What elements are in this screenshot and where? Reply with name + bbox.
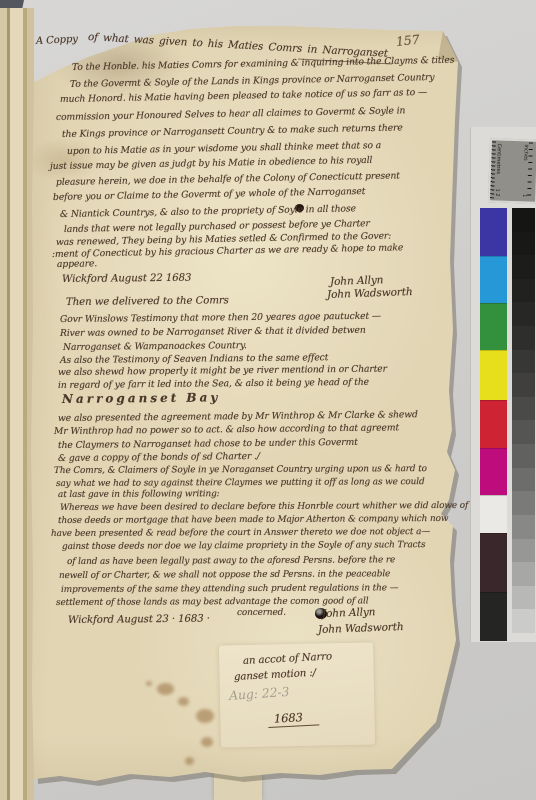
- manuscript-line: gainst those deeds nor doe we lay claime…: [62, 540, 425, 552]
- color-patch-dark-maroon: [480, 533, 507, 592]
- color-patch-yellow: [480, 350, 507, 400]
- color-patch-black: [480, 592, 507, 641]
- manuscript-line: those deeds or mortgage that have been m…: [58, 514, 448, 526]
- grayscale-step: [512, 397, 535, 421]
- grayscale-step: [512, 373, 535, 397]
- manuscript-line: settlement of those lands as may best ad…: [56, 596, 369, 608]
- paper-stain: [201, 737, 213, 747]
- dateline: Wickford August 23 · 1683 ·: [68, 614, 210, 626]
- centimetres-label: Centimetres: [495, 143, 502, 174]
- closing-word: concerned.: [237, 608, 286, 618]
- grayscale-step: [512, 562, 535, 586]
- color-patch-red: [480, 400, 507, 448]
- color-patch-green: [480, 303, 507, 350]
- manuscript-line: at last gave in this following writing:: [58, 489, 220, 500]
- grayscale-step: [512, 326, 535, 350]
- color-patch-white: [480, 495, 507, 533]
- manuscript-line: appeare.: [57, 258, 97, 270]
- signature: John Allyn: [322, 606, 376, 620]
- grayscale-wedge: [512, 208, 535, 633]
- color-patch-magenta: [480, 448, 507, 495]
- grayscale-step: [512, 302, 535, 326]
- color-patch-indigo: [480, 208, 507, 256]
- grayscale-step: [512, 208, 535, 232]
- inches-label: Inches: [522, 144, 529, 160]
- manuscript-line: say what we had to say against theire Cl…: [56, 477, 425, 489]
- grayscale-step: [512, 539, 535, 563]
- signature: John Allyn: [330, 274, 384, 288]
- manuscript-line: & gave a coppy of the bonds of sd Charte…: [58, 451, 260, 464]
- manuscript-line: have been presented & read before the co…: [51, 527, 430, 539]
- grayscale-step: [512, 609, 535, 633]
- color-patch-cyan-blue: [480, 256, 507, 303]
- manuscript-line: Narroganset & Wampanoackes Country.: [63, 340, 247, 353]
- bay-line: Narroganset Bay: [62, 390, 220, 406]
- grayscale-step: [512, 279, 535, 303]
- paper-stain: [157, 683, 174, 695]
- grayscale-step: [512, 255, 535, 279]
- docket-year: 1683: [268, 709, 320, 728]
- grayscale-step: [512, 444, 535, 468]
- margin-note: A Coppy: [36, 34, 78, 47]
- page-number: 157: [395, 32, 420, 49]
- grayscale-step: [512, 515, 535, 539]
- color-calibration-patches: [480, 208, 507, 641]
- scale-ruler-faces: Inches 1 Centimetres 1 2: [490, 141, 533, 199]
- paper-stain: [146, 681, 152, 686]
- delivery-note: Then we delivered to the Comrs: [66, 295, 229, 308]
- manuscript-line: improvements of the same they attending …: [61, 583, 398, 595]
- manuscript-line: of land as have been legally past away t…: [67, 555, 395, 567]
- manuscript-line: newell of or Charter, & we shall not opp…: [59, 569, 390, 581]
- grayscale-step: [512, 232, 535, 256]
- book-page-edges: [0, 8, 34, 800]
- scale-ruler-card: Inches 1 Centimetres 1 2: [488, 138, 536, 204]
- grayscale-step: [512, 350, 535, 374]
- grayscale-step: [512, 420, 535, 444]
- manuscript-line: The Comrs, & Claimers of Soyle in ye Nor…: [54, 464, 427, 476]
- manuscript-line: Whereas we have been desired to declare …: [60, 501, 468, 513]
- cm-numbers: 1 2: [494, 188, 500, 196]
- grayscale-step: [512, 491, 535, 515]
- paper-stain: [178, 697, 189, 706]
- grayscale-step: [512, 586, 535, 610]
- paper-stain: [196, 709, 214, 723]
- photo-scene: A Coppy of what was given to his Maties …: [0, 0, 536, 800]
- dateline: Wickford August 22 1683: [62, 273, 191, 285]
- inch-numbers: 1: [521, 194, 527, 197]
- grayscale-step: [512, 468, 535, 492]
- paper-stain: [185, 757, 194, 765]
